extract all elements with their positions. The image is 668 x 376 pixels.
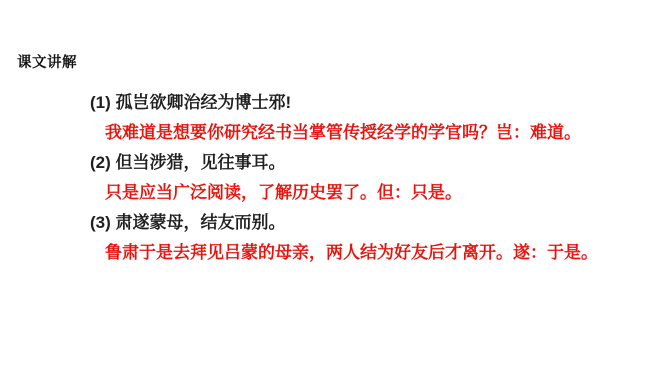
translation-sentence-1: 我难道是想要你研究经书当掌管传授经学的学官吗？岂：难道。 <box>90 118 650 148</box>
presentation-slide: 课文讲解 (1) 孤岂欲卿治经为博士邪! 我难道是想要你研究经书当掌管传授经学的… <box>0 0 668 376</box>
page-title: 课文讲解 <box>17 51 77 72</box>
lesson-explanation-block: (1) 孤岂欲卿治经为博士邪! 我难道是想要你研究经书当掌管传授经学的学官吗？岂… <box>90 88 650 268</box>
original-sentence-2: (2) 但当涉猎，见往事耳。 <box>90 148 650 178</box>
original-sentence-1: (1) 孤岂欲卿治经为博士邪! <box>90 88 650 118</box>
translation-sentence-2: 只是应当广泛阅读，了解历史罢了。但：只是。 <box>90 178 650 208</box>
original-sentence-3: (3) 肃遂蒙母，结友而别。 <box>90 208 650 238</box>
translation-sentence-3: 鲁肃于是去拜见吕蒙的母亲，两人结为好友后才离开。遂：于是。 <box>90 238 650 268</box>
